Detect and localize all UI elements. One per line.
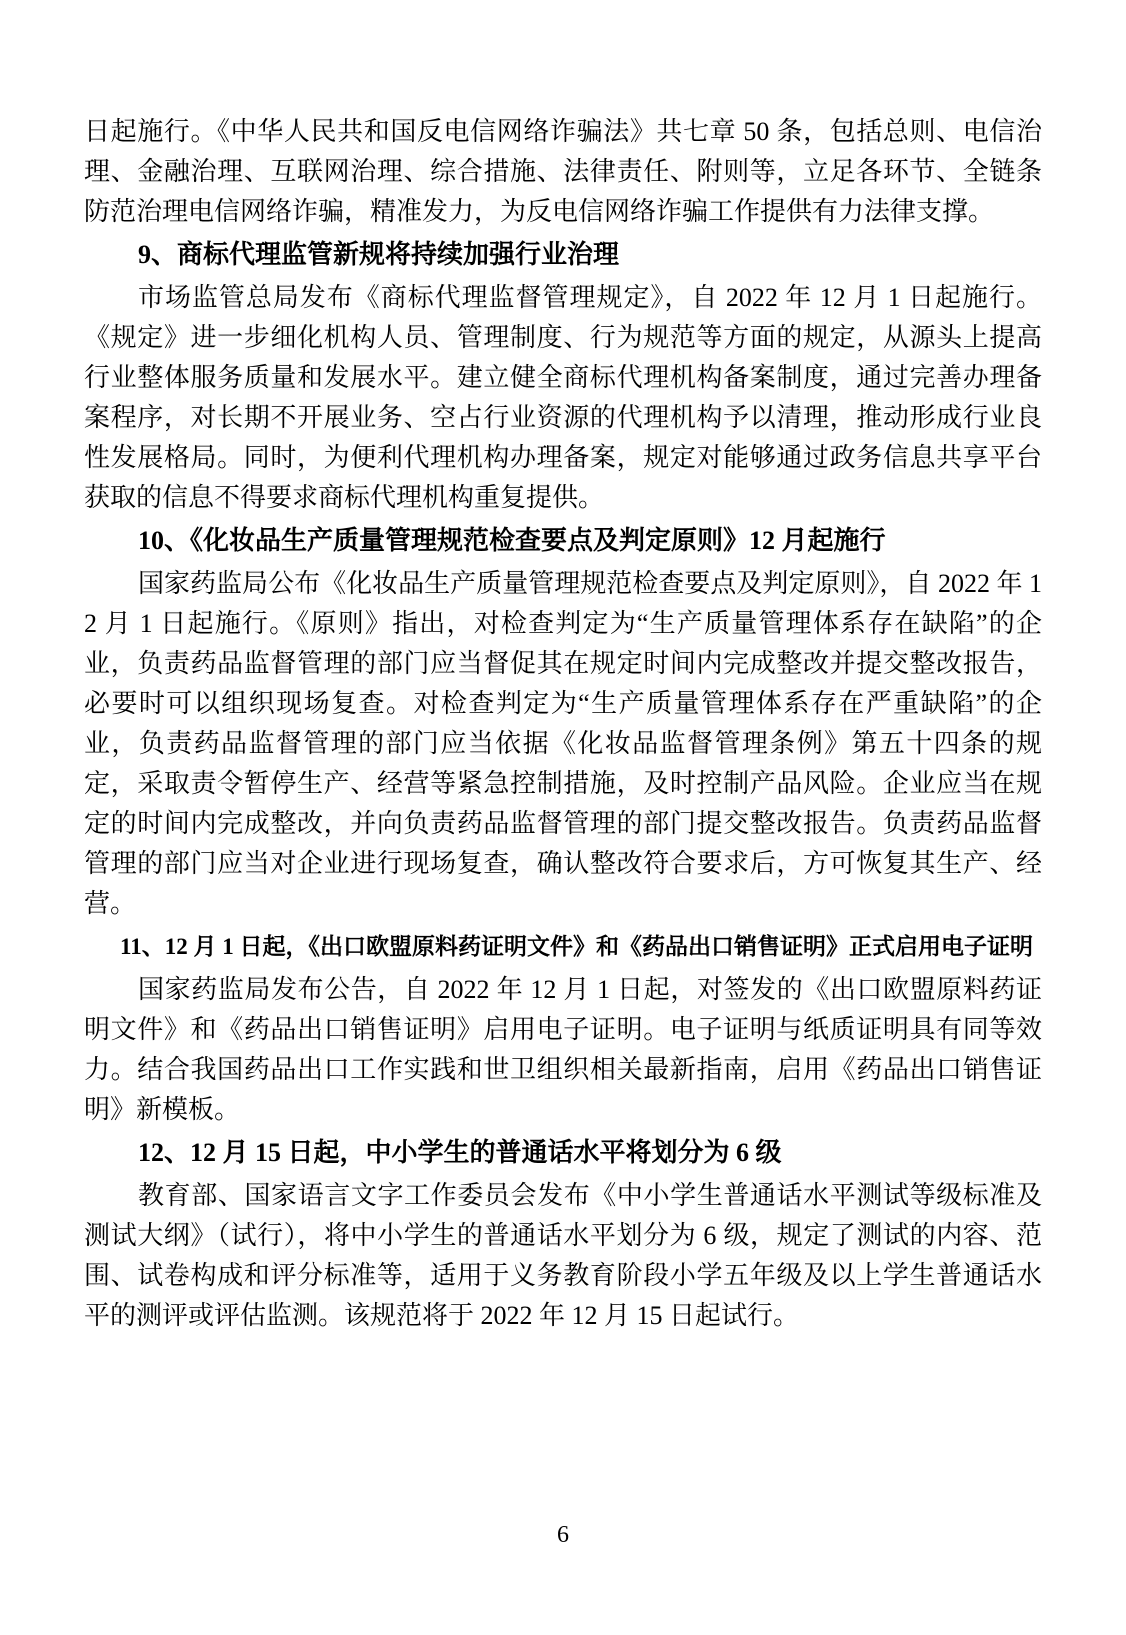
heading-item-12-putonghua-levels: 12、12 月 15 日起，中小学生的普通话水平将划分为 6 级 xyxy=(84,1133,1042,1173)
paragraph-item-10-cosmetics-regulation: 国家药监局公布《化妆品生产质量管理规范检查要点及判定原则》，自 2022 年 1… xyxy=(84,564,1042,924)
paragraph-anti-fraud-law-continuation: 日起施行。《中华人民共和国反电信网络诈骗法》共七章 50 条，包括总则、电信治理… xyxy=(84,112,1042,232)
heading-item-10-cosmetics-regulation: 10、《化妆品生产质量管理规范检查要点及判定原则》12 月起施行 xyxy=(84,521,1042,561)
heading-item-11-export-certificates: 11、12 月 1 日起，《出口欧盟原料药证明文件》和《药品出口销售证明》正式启… xyxy=(84,927,1042,967)
paragraph-item-12-putonghua-levels: 教育部、国家语言文字工作委员会发布《中小学生普通话水平测试等级标准及测试大纲》（… xyxy=(84,1176,1042,1336)
page-number: 6 xyxy=(0,1520,1126,1550)
heading-item-9-trademark-agency: 9、商标代理监管新规将持续加强行业治理 xyxy=(84,235,1042,275)
document-page: 日起施行。《中华人民共和国反电信网络诈骗法》共七章 50 条，包括总则、电信治理… xyxy=(0,0,1126,1635)
paragraph-item-11-export-certificates: 国家药监局发布公告，自 2022 年 12 月 1 日起，对签发的《出口欧盟原料… xyxy=(84,970,1042,1130)
paragraph-item-9-trademark-agency: 市场监管总局发布《商标代理监督管理规定》，自 2022 年 12 月 1 日起施… xyxy=(84,278,1042,518)
